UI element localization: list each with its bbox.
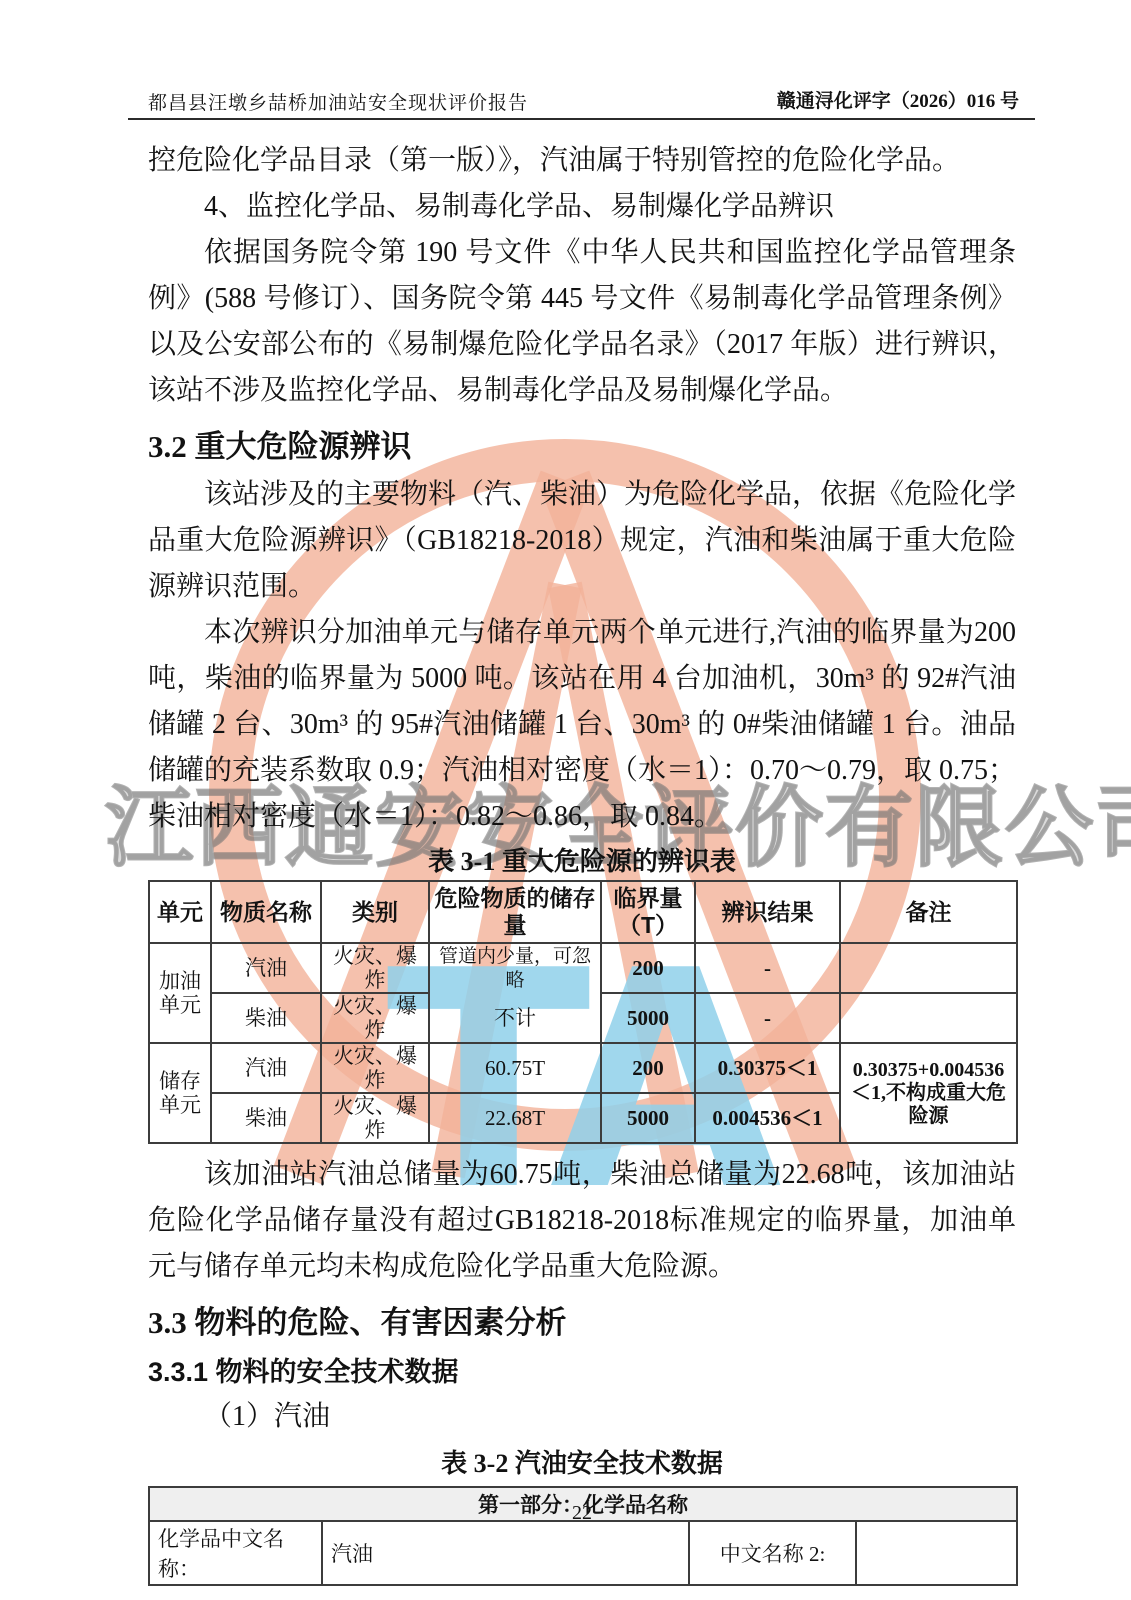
header-rule: [128, 118, 1035, 120]
cell-threshold: 5000: [601, 1093, 695, 1143]
paragraph-major-hazard-scope: 该站涉及的主要物料（汽、柴油）为危险化学品，依据《危险化学品重大危险源辨识》（G…: [148, 472, 1016, 610]
cell-storage: 不计: [429, 993, 601, 1043]
cell-threshold: 200: [601, 943, 695, 993]
cell-substance: 汽油: [211, 943, 321, 993]
table-3-1-title: 表 3-1 重大危险源的辨识表: [148, 846, 1016, 878]
cell-substance: 柴油: [211, 1093, 321, 1143]
cell-chinese-name2-value: [856, 1521, 1017, 1585]
col-header-category: 类别: [321, 881, 429, 943]
table-header-row: 单元 物质名称 类别 危险物质的储存量 临界量 （T） 辨识结果 备注: [149, 881, 1017, 943]
cell-storage: 管道内少量，可忽略: [429, 943, 601, 993]
cell-result: -: [695, 943, 840, 993]
paragraph-regulations: 依据国务院令第 190 号文件《中华人民共和国监控化学品管理条例》(588 号修…: [148, 230, 1016, 414]
cell-remark: [840, 993, 1017, 1043]
cell-category: 火灾、爆炸: [321, 943, 429, 993]
header-document-number: 赣通浔化评字（2026）016 号: [777, 86, 1019, 113]
col-header-unit: 单元: [149, 881, 211, 943]
cell-substance: 汽油: [211, 1043, 321, 1093]
header-report-title: 都昌县汪墩乡喆桥加油站安全现状评价报告: [148, 88, 528, 115]
cell-result: -: [695, 993, 840, 1043]
cell-unit-fueling: 加油单元: [149, 943, 211, 1043]
cell-chinese-name2-label: 中文名称 2:: [689, 1521, 856, 1585]
cell-storage: 22.68T: [429, 1093, 601, 1143]
col-header-storage: 危险物质的储存量: [429, 881, 601, 943]
paragraph-gasoline-item: （1）汽油: [148, 1394, 1016, 1440]
paragraph-controlled-chemicals: 控危险化学品目录（第一版）》，汽油属于特别管控的危险化学品。: [148, 138, 1016, 184]
table-gasoline-safety-data: 第一部分：化学品名称 化学品中文名称： 汽油 中文名称 2:: [148, 1486, 1018, 1586]
cell-threshold: 5000: [601, 993, 695, 1043]
col-header-substance: 物质名称: [211, 881, 321, 943]
table-major-hazard-identification: 单元 物质名称 类别 危险物质的储存量 临界量 （T） 辨识结果 备注 加油单元…: [148, 880, 1018, 1144]
cell-substance: 柴油: [211, 993, 321, 1043]
table-row: 柴油 火灾、爆炸 不计 5000 -: [149, 993, 1017, 1043]
cell-remark: [840, 943, 1017, 993]
paragraph-identification-units: 本次辨识分加油单元与储存单元两个单元进行,汽油的临界量为200吨，柴油的临界量为…: [148, 610, 1016, 840]
page-number: 22: [148, 1502, 1016, 1525]
section-3-3-1-heading: 3.3.1 物料的安全技术数据: [148, 1350, 1016, 1394]
cell-unit-storage: 储存单元: [149, 1043, 211, 1143]
cell-result: 0.004536＜1: [695, 1093, 840, 1143]
section-3-2-heading: 3.2 重大危险源辨识: [148, 422, 1016, 472]
table-row: 储存单元 汽油 火灾、爆炸 60.75T 200 0.30375＜1 0.303…: [149, 1043, 1017, 1093]
cell-result: 0.30375＜1: [695, 1043, 840, 1093]
section-3-3-heading: 3.3 物料的危险、有害因素分析: [148, 1298, 1016, 1348]
col-header-threshold: 临界量 （T）: [601, 881, 695, 943]
col-header-remark: 备注: [840, 881, 1017, 943]
document-page: TA 江西通安安全评价有限公司 都昌县汪墩乡喆桥加油站安全现状评价报告 赣通浔化…: [0, 0, 1131, 1600]
paragraph-item4-heading: 4、监控化学品、易制毒化学品、易制爆化学品辨识: [148, 184, 1016, 230]
table-row: 化学品中文名称： 汽油 中文名称 2:: [149, 1521, 1017, 1585]
cell-chinese-name-label: 化学品中文名称：: [149, 1521, 322, 1585]
col-header-result: 辨识结果: [695, 881, 840, 943]
cell-threshold: 200: [601, 1043, 695, 1093]
cell-category: 火灾、爆炸: [321, 1093, 429, 1143]
cell-category: 火灾、爆炸: [321, 993, 429, 1043]
cell-remark-merged: 0.30375+0.004536＜1,不构成重大危险源: [840, 1043, 1017, 1143]
cell-storage: 60.75T: [429, 1043, 601, 1093]
main-content: 控危险化学品目录（第一版）》，汽油属于特别管控的危险化学品。 4、监控化学品、易…: [148, 138, 1016, 1586]
table-3-2-title: 表 3-2 汽油安全技术数据: [148, 1448, 1016, 1480]
table-row: 加油单元 汽油 火灾、爆炸 管道内少量，可忽略 200 -: [149, 943, 1017, 993]
cell-category: 火灾、爆炸: [321, 1043, 429, 1093]
cell-chinese-name-value: 汽油: [322, 1521, 689, 1585]
paragraph-conclusion: 该加油站汽油总储量为60.75吨，柴油总储量为22.68吨，该加油站危险化学品储…: [148, 1152, 1016, 1290]
